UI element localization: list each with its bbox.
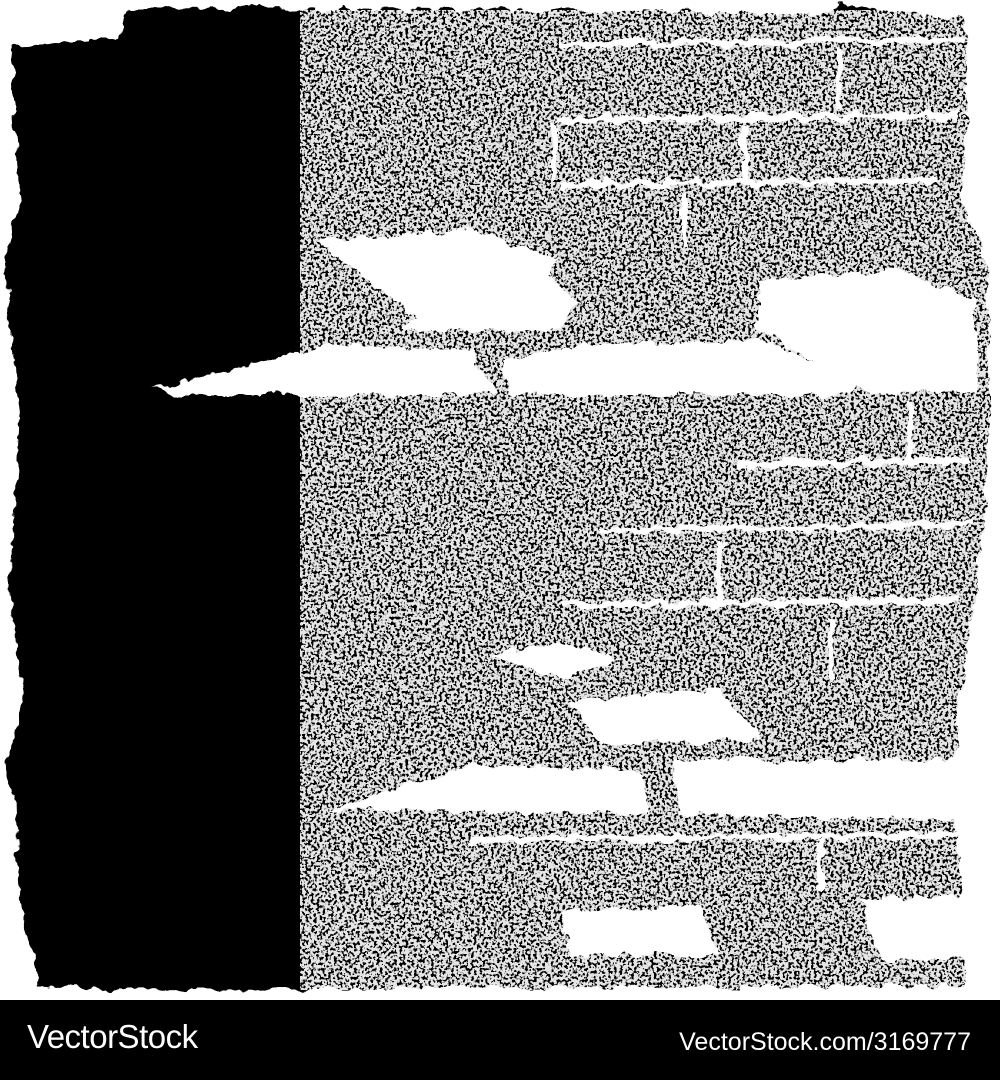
grunge-brick-texture <box>0 0 1000 1000</box>
watermark-footer: VectorStock VectorStock.com/3169777 <box>0 1000 1000 1080</box>
brand-logo: VectorStock <box>27 1018 198 1056</box>
image-url: VectorStock.com/3169777 <box>679 1028 971 1057</box>
